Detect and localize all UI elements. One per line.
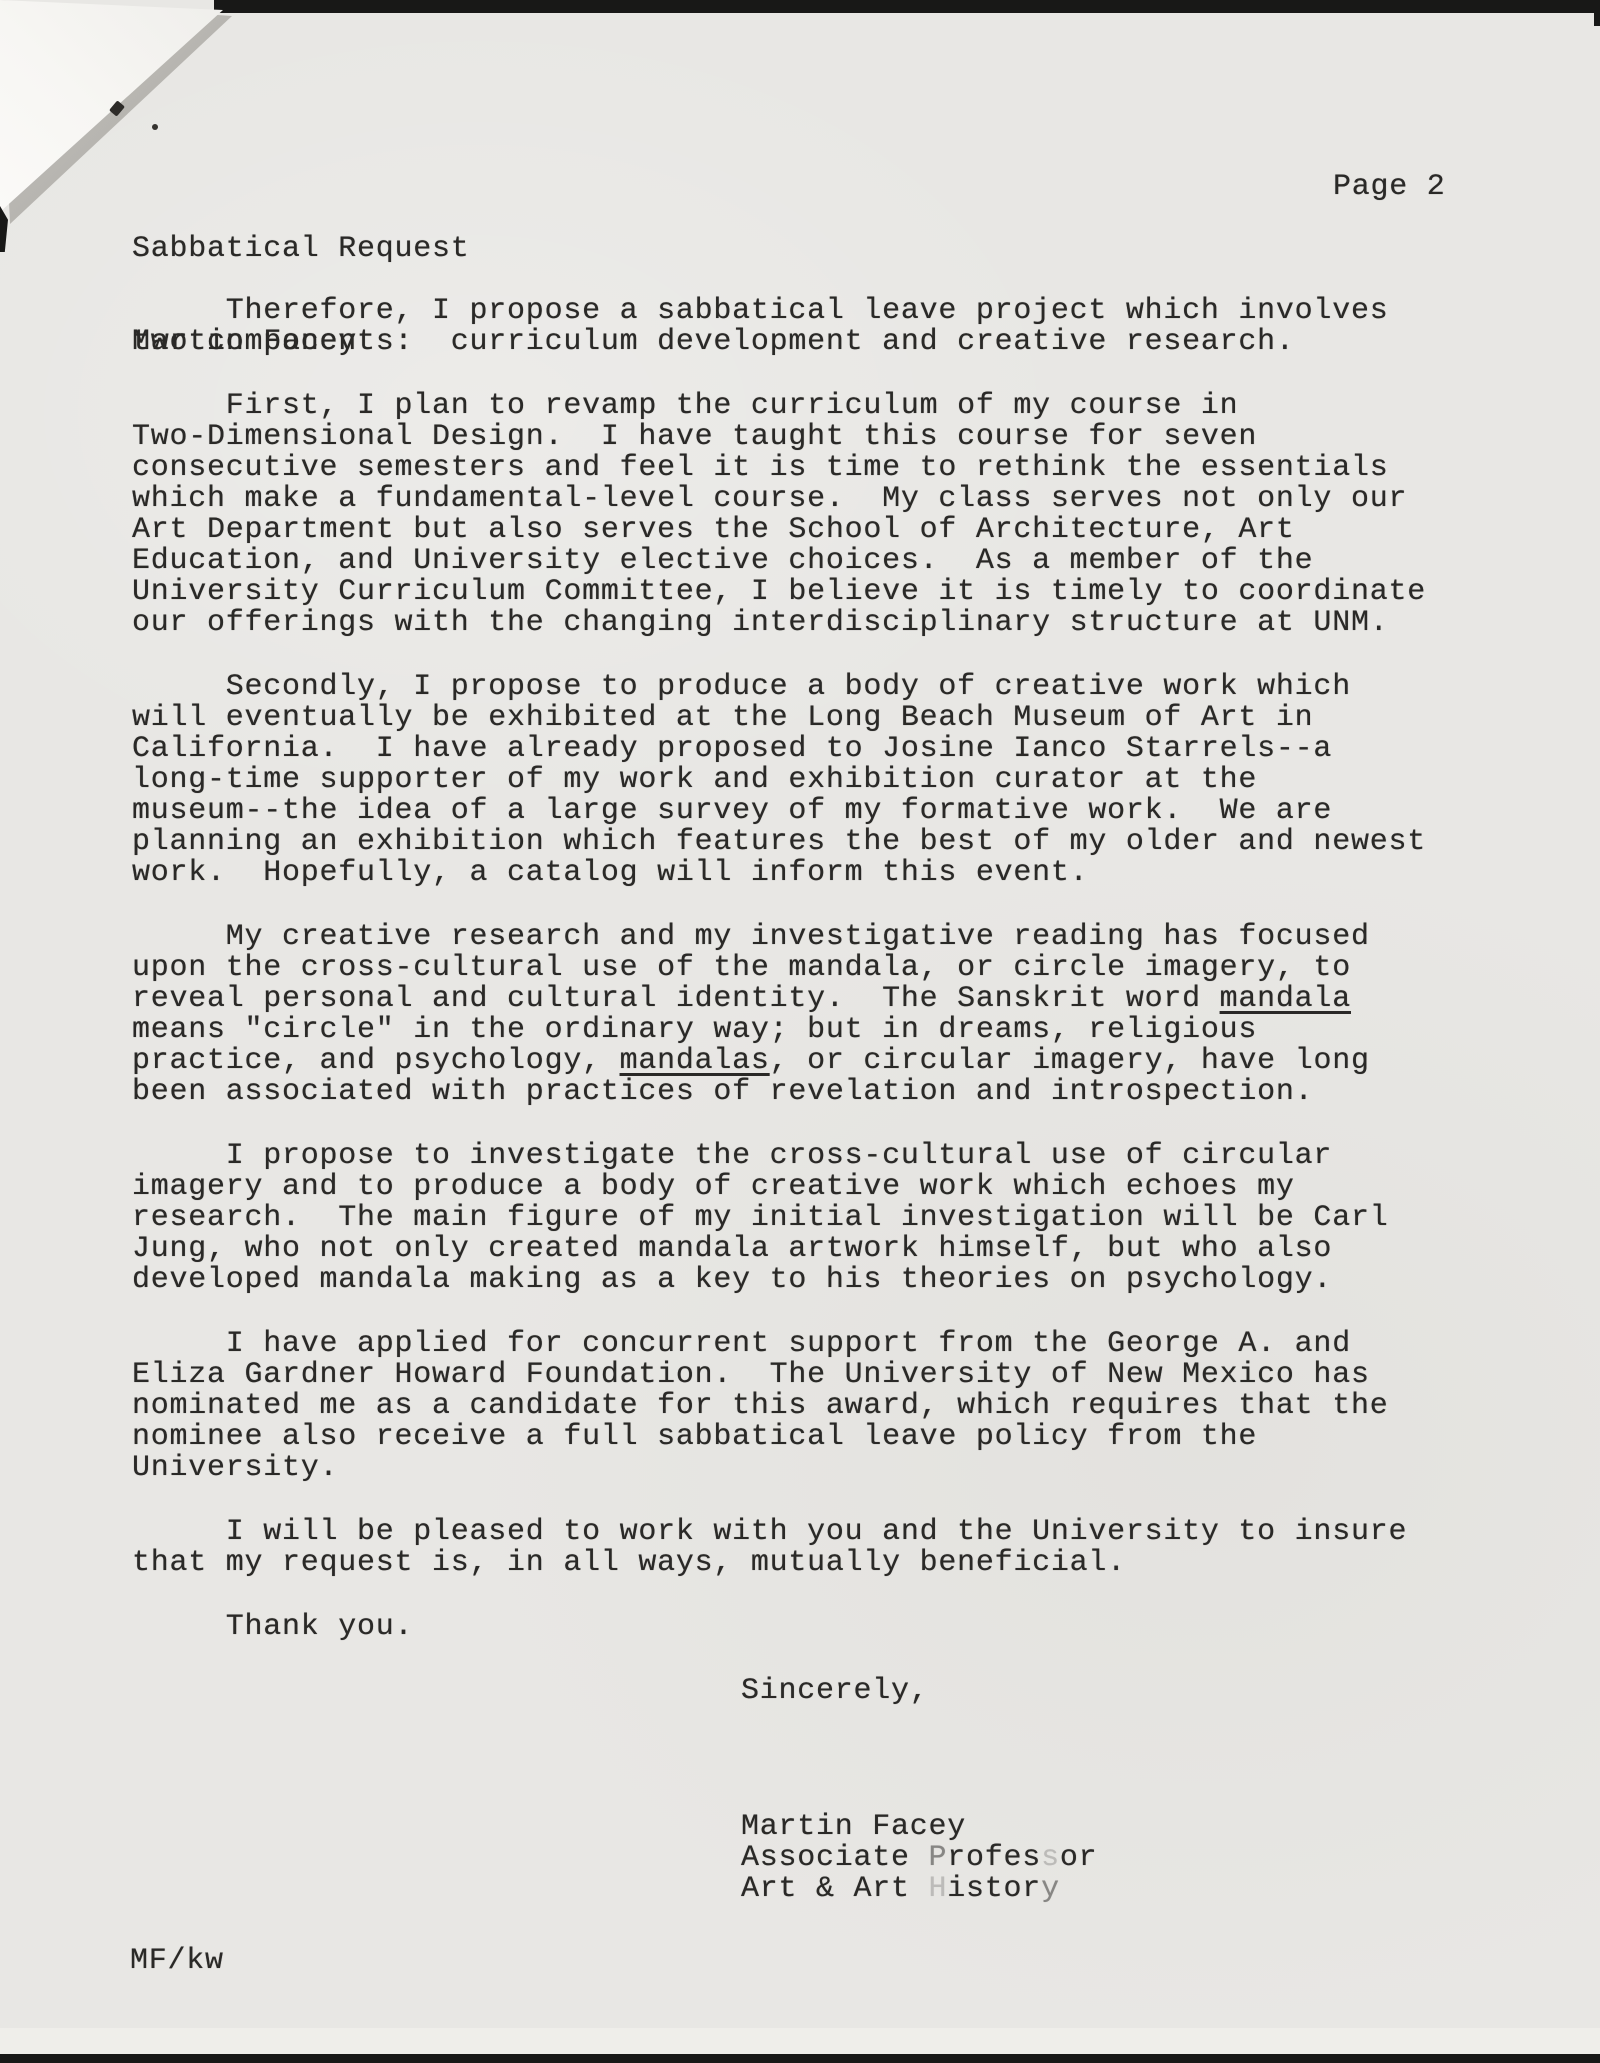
text-segment: consecutive semesters and feel it is tim… <box>132 451 1388 485</box>
signature-line: Martin Facey <box>741 1812 1477 1843</box>
paragraph-line: upon the cross-cultural use of the manda… <box>132 953 1477 984</box>
paragraph-line: I have applied for concurrent support fr… <box>132 1329 1477 1360</box>
paragraph-line: planning an exhibition which features th… <box>132 827 1477 858</box>
paragraph-line: research. The main figure of my initial … <box>132 1203 1477 1234</box>
text-segment: nominee also receive a full sabbatical l… <box>132 1420 1257 1454</box>
text-segment: First, I plan to revamp the curriculum o… <box>132 389 1238 423</box>
paragraph-line: practice, and psychology, mandalas, or c… <box>132 1046 1477 1077</box>
text-segment: our offerings with the changing interdis… <box>132 606 1388 640</box>
text-segment: reveal personal and cultural identity. T… <box>132 982 1220 1016</box>
paragraph-line: California. I have already proposed to J… <box>132 734 1477 765</box>
text-segment: imagery and to produce a body of creativ… <box>132 1170 1295 1204</box>
paragraph-line: I propose to investigate the cross-cultu… <box>132 1141 1477 1172</box>
paragraph-line: Jung, who not only created mandala artwo… <box>132 1234 1477 1265</box>
text-segment: research. The main figure of my initial … <box>132 1201 1388 1235</box>
text-segment: Eliza Gardner Howard Foundation. The Uni… <box>132 1358 1370 1392</box>
paragraph-line: My creative research and my investigativ… <box>132 922 1477 953</box>
paragraph-line: Thank you. <box>132 1612 1477 1643</box>
text-segment: Secondly, I propose to produce a body of… <box>132 670 1351 704</box>
paragraph-line: consecutive semesters and feel it is tim… <box>132 453 1477 484</box>
text-segment: California. I have already proposed to J… <box>132 732 1332 766</box>
underlined-term: mandala <box>1220 982 1351 1016</box>
paragraph-line: imagery and to produce a body of creativ… <box>132 1172 1477 1203</box>
paragraph-line: Art Department but also serves the Schoo… <box>132 515 1477 546</box>
paragraph-line: I will be pleased to work with you and t… <box>132 1517 1477 1548</box>
text-segment: Art Department but also serves the Schoo… <box>132 513 1295 547</box>
text-segment: Two-Dimensional Design. I have taught th… <box>132 420 1257 454</box>
scanner-edge-bottom <box>0 2054 1600 2063</box>
text-segment: work. Hopefully, a catalog will inform t… <box>132 856 1088 890</box>
signature-line: Art & Art History <box>741 1874 1477 1905</box>
folded-corner-notch <box>0 206 8 252</box>
page-number: Page 2 <box>1333 172 1446 203</box>
paragraph-line: been associated with practices of revela… <box>132 1077 1477 1108</box>
text-segment: P <box>929 1841 948 1875</box>
paragraph-line: Two-Dimensional Design. I have taught th… <box>132 422 1477 453</box>
typist-initials: MF/kw <box>130 1946 224 1977</box>
paragraph-line: two components: curriculum development a… <box>132 327 1477 358</box>
closing-salutation: Sincerely, <box>132 1676 1477 1707</box>
text-segment: been associated with practices of revela… <box>132 1075 1313 1109</box>
text-segment: I have applied for concurrent support fr… <box>132 1327 1351 1361</box>
paragraph-line: University. <box>132 1453 1477 1484</box>
text-segment: Therefore, I propose a sabbatical leave … <box>132 294 1388 328</box>
paragraph-line: work. Hopefully, a catalog will inform t… <box>132 858 1477 889</box>
text-segment: two components: curriculum development a… <box>132 325 1295 359</box>
paragraph-line: developed mandala making as a key to his… <box>132 1265 1477 1296</box>
text-segment: long-time supporter of my work and exhib… <box>132 763 1257 797</box>
text-segment: museum--the idea of a large survey of my… <box>132 794 1332 828</box>
paragraph-line: Therefore, I propose a sabbatical leave … <box>132 296 1477 327</box>
text-segment: rofes <box>947 1841 1041 1875</box>
header-subject: Sabbatical Request <box>132 234 470 265</box>
text-segment: upon the cross-cultural use of the manda… <box>132 951 1351 985</box>
text-segment: , or circular imagery, have long <box>770 1044 1370 1078</box>
text-segment: will eventually be exhibited at the Long… <box>132 701 1313 735</box>
text-segment: Martin Facey <box>741 1810 966 1844</box>
paragraph: First, I plan to revamp the curriculum o… <box>132 391 1477 639</box>
scan-speck <box>152 124 158 130</box>
paragraph-line: means "circle" in the ordinary way; but … <box>132 1015 1477 1046</box>
paragraph: Thank you. <box>132 1612 1477 1643</box>
text-segment: which make a fundamental-level course. M… <box>132 482 1407 516</box>
signature-block: Martin FaceyAssociate ProfessorArt & Art… <box>132 1812 1477 1905</box>
text-segment: University. <box>132 1451 338 1485</box>
paragraph: I will be pleased to work with you and t… <box>132 1517 1477 1579</box>
text-segment: Thank you. <box>132 1610 413 1644</box>
text-segment: practice, and psychology, <box>132 1044 620 1078</box>
text-segment: or <box>1060 1841 1098 1875</box>
letter-body: Therefore, I propose a sabbatical leave … <box>132 296 1477 1905</box>
paragraph-line: Eliza Gardner Howard Foundation. The Uni… <box>132 1360 1477 1391</box>
paragraph-line: our offerings with the changing interdis… <box>132 608 1477 639</box>
text-segment: developed mandala making as a key to his… <box>132 1263 1332 1297</box>
paragraph: My creative research and my investigativ… <box>132 922 1477 1108</box>
paragraph-line: museum--the idea of a large survey of my… <box>132 796 1477 827</box>
paragraph-line: long-time supporter of my work and exhib… <box>132 765 1477 796</box>
text-segment: nominated me as a candidate for this awa… <box>132 1389 1388 1423</box>
paragraph-line: University Curriculum Committee, I belie… <box>132 577 1477 608</box>
scanner-edge-top <box>214 0 1600 13</box>
paragraph-line: First, I plan to revamp the curriculum o… <box>132 391 1477 422</box>
text-segment: means "circle" in the ordinary way; but … <box>132 1013 1257 1047</box>
text-segment: istor <box>947 1872 1041 1906</box>
text-segment: My creative research and my investigativ… <box>132 920 1370 954</box>
paragraph: I propose to investigate the cross-cultu… <box>132 1141 1477 1296</box>
paragraph: I have applied for concurrent support fr… <box>132 1329 1477 1484</box>
text-segment: Jung, who not only created mandala artwo… <box>132 1232 1332 1266</box>
paragraph-line: will eventually be exhibited at the Long… <box>132 703 1477 734</box>
text-segment: H <box>929 1872 948 1906</box>
text-segment: Associate <box>741 1841 929 1875</box>
text-segment: that my request is, in all ways, mutuall… <box>132 1546 1126 1580</box>
page-bottom-edge <box>0 2028 1600 2054</box>
paragraph: Secondly, I propose to produce a body of… <box>132 672 1477 889</box>
scanned-letter-page: Sabbatical Request Martin Facey Page 2 T… <box>0 0 1600 2063</box>
paragraph-line: Secondly, I propose to produce a body of… <box>132 672 1477 703</box>
paragraph-line: which make a fundamental-level course. M… <box>132 484 1477 515</box>
paragraph-line: that my request is, in all ways, mutuall… <box>132 1548 1477 1579</box>
signature-line: Associate Professor <box>741 1843 1477 1874</box>
paragraph-line: nominee also receive a full sabbatical l… <box>132 1422 1477 1453</box>
text-segment: s <box>1041 1841 1060 1875</box>
paragraph-line: reveal personal and cultural identity. T… <box>132 984 1477 1015</box>
text-segment: planning an exhibition which features th… <box>132 825 1426 859</box>
text-segment: University Curriculum Committee, I belie… <box>132 575 1426 609</box>
text-segment: Art & Art <box>741 1872 929 1906</box>
underlined-term: mandalas <box>620 1044 770 1078</box>
scanner-edge-top-right <box>1594 0 1600 26</box>
paragraph-line: nominated me as a candidate for this awa… <box>132 1391 1477 1422</box>
paragraph-line: Education, and University elective choic… <box>132 546 1477 577</box>
paragraph: Therefore, I propose a sabbatical leave … <box>132 296 1477 358</box>
text-segment: I propose to investigate the cross-cultu… <box>132 1139 1332 1173</box>
text-segment: I will be pleased to work with you and t… <box>132 1515 1407 1549</box>
text-segment: Education, and University elective choic… <box>132 544 1313 578</box>
text-segment: y <box>1041 1872 1060 1906</box>
